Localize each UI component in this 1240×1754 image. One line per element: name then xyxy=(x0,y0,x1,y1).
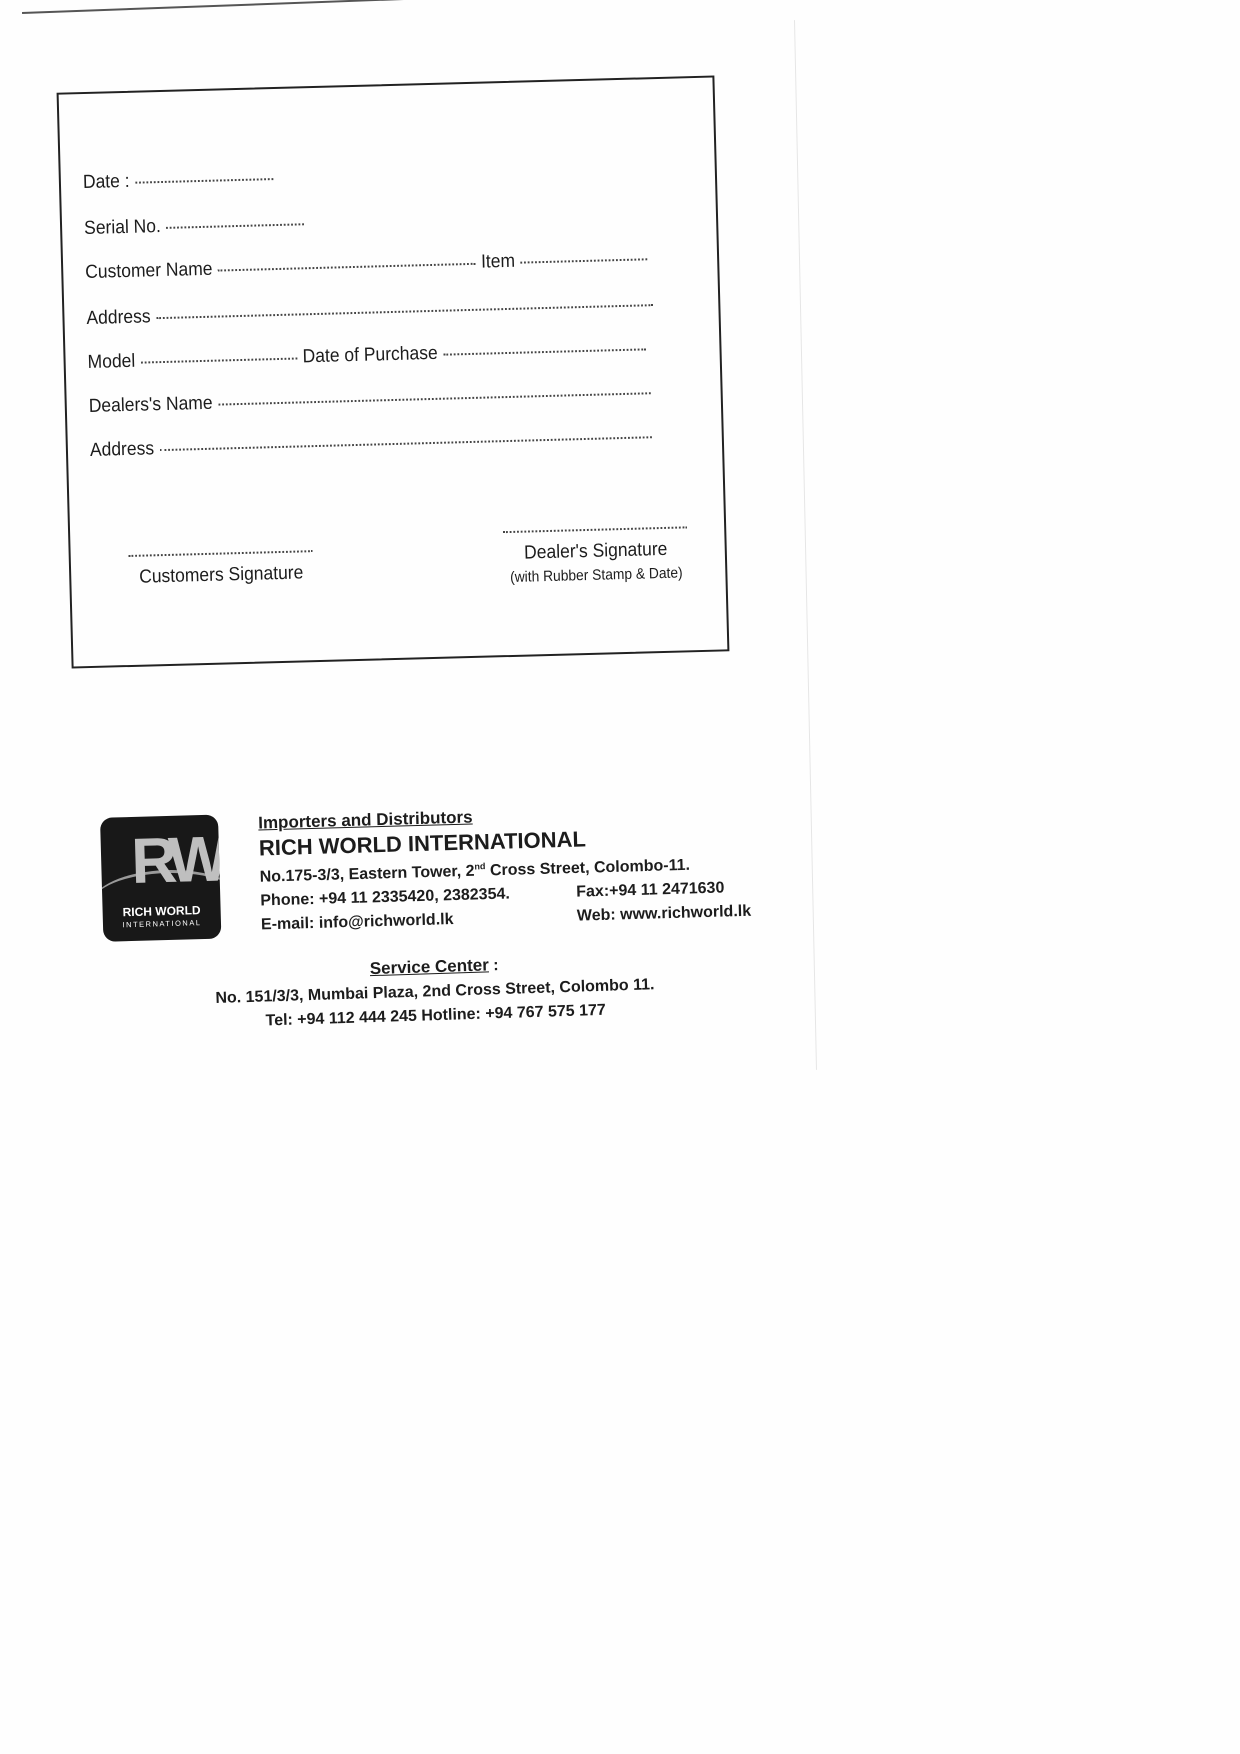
customer-name-field: Customer Name Item xyxy=(85,247,653,284)
item-blank[interactable] xyxy=(521,258,648,263)
serial-no-label: Serial No. xyxy=(84,216,161,240)
serial-no-blank[interactable] xyxy=(166,223,304,229)
serial-no-field: Serial No. xyxy=(84,212,310,240)
company-fax: Fax:+94 11 2471630 xyxy=(576,880,725,902)
customer-signature-line[interactable] xyxy=(129,550,313,557)
paper-top-edge xyxy=(22,0,762,13)
service-center: Service Center : No. 151/3/3, Mumbai Pla… xyxy=(184,949,686,1033)
dealer-name-blank[interactable] xyxy=(218,392,650,405)
customer-address-field: Address xyxy=(86,293,658,330)
customer-address-label: Address xyxy=(86,306,151,330)
customer-name-blank[interactable] xyxy=(218,263,476,272)
dealer-signature-block: Dealer's Signature (with Rubber Stamp & … xyxy=(489,526,702,587)
date-of-purchase-blank[interactable] xyxy=(443,348,645,355)
customer-name-label: Customer Name xyxy=(85,259,213,284)
company-phone: Phone: +94 11 2335420, 2382354. xyxy=(260,886,510,910)
warranty-card-form: Date : Serial No. Customer Name Item Add… xyxy=(57,75,730,668)
logo-mark: RW xyxy=(130,827,221,893)
company-email: E-mail: info@richworld.lk xyxy=(261,911,454,933)
company-web: Web: www.richworld.lk xyxy=(577,903,752,926)
service-center-colon: : xyxy=(489,957,499,974)
item-label: Item xyxy=(481,251,516,274)
company-info: Importers and Distributors RICH WORLD IN… xyxy=(258,801,692,934)
dealer-address-field: Address xyxy=(90,425,658,462)
customer-signature-block: Customers Signature xyxy=(120,550,323,589)
date-of-purchase-label: Date of Purchase xyxy=(302,343,438,369)
address-sup: nd xyxy=(474,861,485,871)
customer-signature-label: Customers Signature xyxy=(120,562,323,589)
model-blank[interactable] xyxy=(141,358,297,364)
service-center-title: Service Center xyxy=(369,955,489,978)
date-label: Date : xyxy=(83,171,130,194)
address-prefix: No.175-3/3, Eastern Tower, 2 xyxy=(259,863,474,886)
date-field: Date : xyxy=(83,167,279,194)
paper-right-edge xyxy=(794,20,817,1070)
dealer-signature-line[interactable] xyxy=(503,526,687,533)
dealer-name-field: Dealers's Name xyxy=(89,381,657,418)
dealer-name-label: Dealers's Name xyxy=(89,393,213,418)
address-suffix: Cross Street, Colombo-11. xyxy=(485,857,690,880)
dealer-address-blank[interactable] xyxy=(160,436,652,451)
customer-address-blank[interactable] xyxy=(156,304,653,319)
dealer-signature-note: (with Rubber Stamp & Date) xyxy=(490,564,702,587)
date-blank[interactable] xyxy=(135,178,273,184)
dealer-address-label: Address xyxy=(90,438,155,462)
rich-world-logo-icon: RW RICH WORLD INTERNATIONAL xyxy=(100,815,221,942)
email-web-line: E-mail: info@richworld.lkWeb: www.richwo… xyxy=(261,905,692,935)
company-footer: RW RICH WORLD INTERNATIONAL Importers an… xyxy=(96,799,786,818)
scanned-page: Date : Serial No. Customer Name Item Add… xyxy=(0,0,1240,1754)
dealer-signature-label: Dealer's Signature xyxy=(490,538,702,566)
model-label: Model xyxy=(87,351,135,374)
model-field: Model Date of Purchase xyxy=(87,337,651,374)
